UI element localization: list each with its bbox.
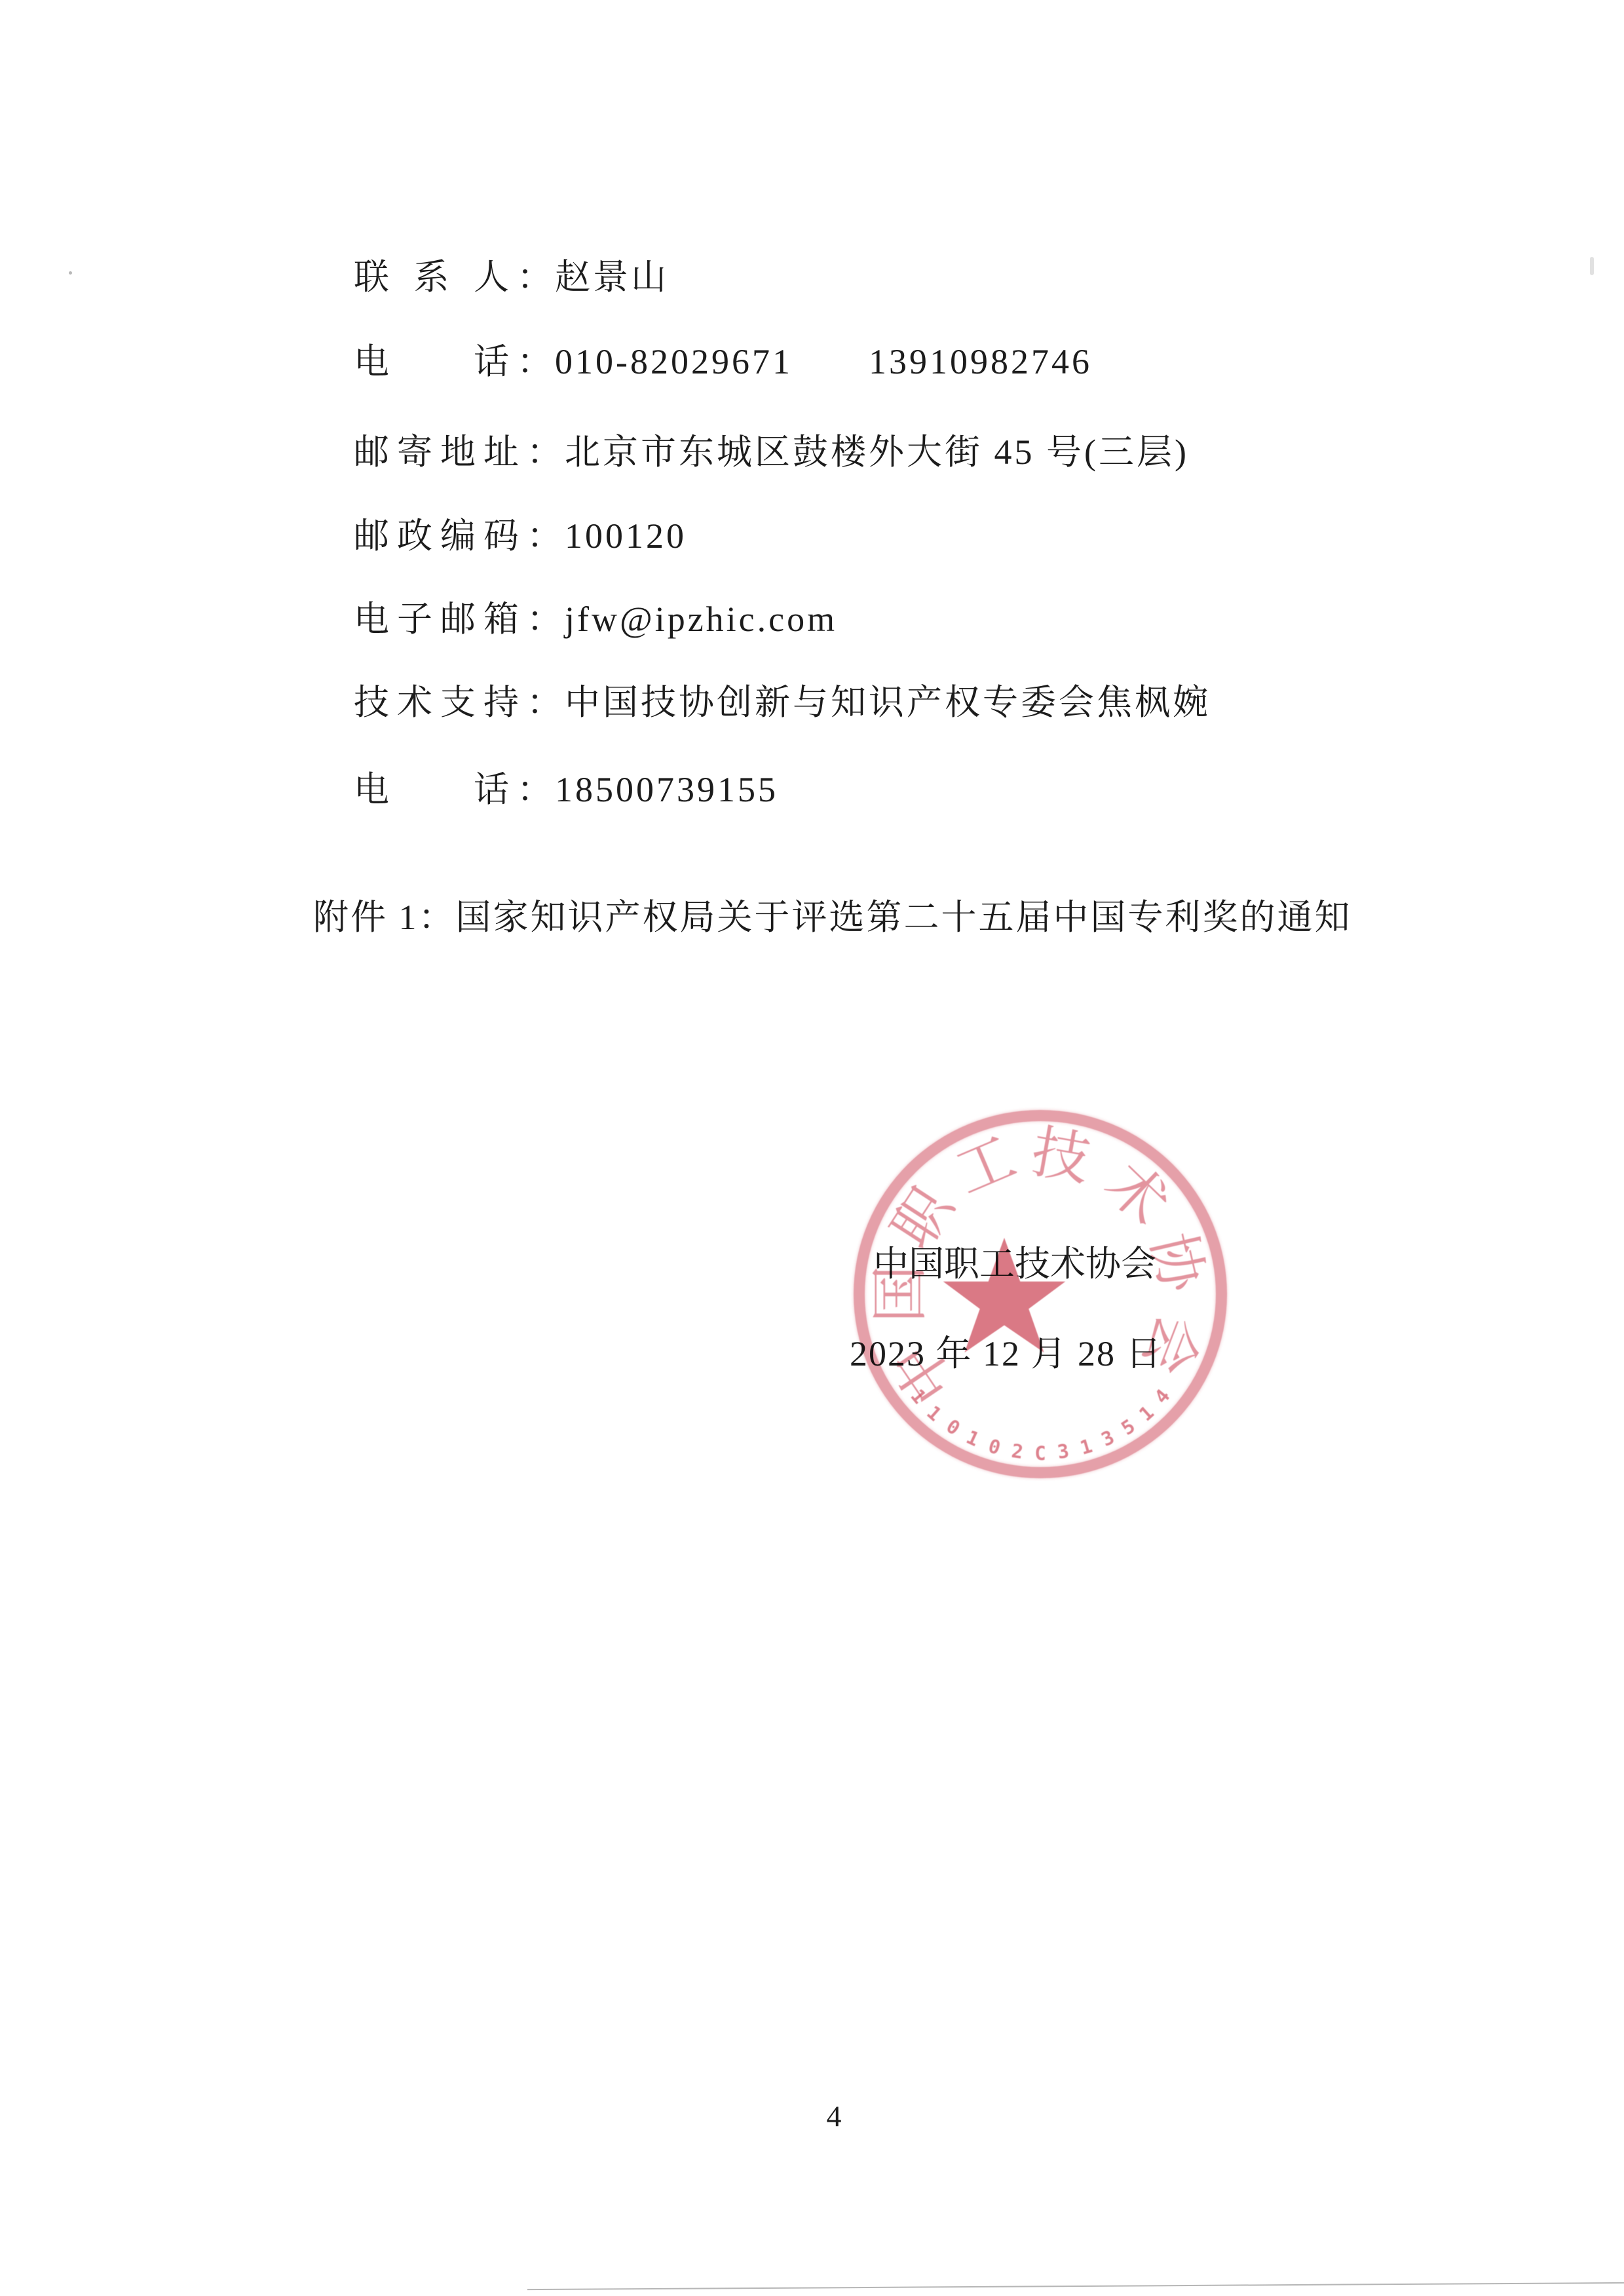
scan-dot-artifact [69, 271, 72, 275]
seal-serial-char: 4 [1146, 1381, 1178, 1412]
email-value: jfw@ipzhic.com [565, 600, 837, 639]
colon: ： [527, 432, 565, 472]
scanned-document-page: { "document": { "colon": "：", "contact_l… [0, 0, 1624, 2296]
tech-support-label: 技术支持 [354, 683, 527, 722]
seal-serial-char: 1 [918, 1398, 950, 1429]
seal-serial-char: 1 [958, 1423, 987, 1453]
phone-line-2: 电 话：18500739155 [331, 729, 778, 810]
colon: ： [517, 258, 555, 297]
attachment-line: 附件 1：国家知识产权局关于评选第二十五届中国专利奖的通知 [313, 897, 1352, 938]
mailing-address-value: 北京市东城区鼓楼外大街 45 号(三层) [565, 432, 1189, 472]
seal-serial-char: 3 [1093, 1423, 1122, 1453]
email-line: 电子邮箱：jfw@ipzhic.com [331, 558, 837, 640]
email-label: 电子邮箱 [354, 600, 527, 639]
postal-code-value: 100120 [565, 516, 687, 556]
tech-support-value: 中国技协创新与知识产权专委会焦枫婉 [565, 683, 1211, 722]
colon: ： [517, 770, 555, 809]
contact-person-label: 联 系 人 [354, 258, 517, 297]
seal-serial-char: 3 [1051, 1439, 1076, 1464]
seal-ring-char: 工 [947, 1128, 1025, 1205]
signature-date: 2023 年 12 月 28 日 [850, 1326, 1163, 1376]
seal-serial-char: 0 [937, 1411, 968, 1442]
postal-code-line: 邮政编码：100120 [331, 475, 687, 556]
postal-code-label: 邮政编码 [354, 516, 527, 556]
phone2-value: 18500739155 [555, 770, 778, 809]
seal-serial-char: 0 [981, 1433, 1008, 1461]
signature-organization: 中国职工技术协会 [873, 1236, 1156, 1286]
page-number: 4 [814, 2099, 854, 2133]
contact-person-value: 赵景山 [555, 258, 669, 297]
tech-support-line: 技术支持：中国技协创新与知识产权专委会焦枫婉 [331, 641, 1211, 723]
seal-ring [854, 1110, 1227, 1478]
contact-person-line: 联 系 人：赵景山 [331, 216, 669, 297]
phone2-label: 电 话 [354, 770, 517, 809]
seal-serial-char: 5 [1112, 1411, 1143, 1442]
colon: ： [527, 516, 565, 556]
phone-numbers: 010-82029671 13910982746 [555, 342, 1092, 381]
mailing-address-line: 邮寄地址：北京市东城区鼓楼外大街 45 号(三层) [331, 391, 1189, 472]
seal-ring-char: 术 [1095, 1153, 1178, 1236]
seal-serial-char: C [1029, 1442, 1051, 1464]
colon: ： [527, 683, 565, 722]
phone-label: 电 话 [354, 342, 517, 381]
scan-bottom-edge-line [527, 2282, 1624, 2290]
phone-line-1: 电 话：010-82029671 13910982746 [331, 301, 1092, 382]
mailing-address-label: 邮寄地址 [354, 432, 527, 472]
seal-ring-char: 技 [1027, 1123, 1095, 1191]
colon: ： [527, 600, 565, 639]
seal-serial-char: 1 [1131, 1398, 1162, 1429]
seal-serial-char: 2 [1005, 1439, 1030, 1464]
seal-serial-char: 1 [903, 1381, 934, 1412]
seal-serial-char: 1 [1072, 1433, 1100, 1461]
colon: ： [517, 342, 555, 381]
official-seal-stamp: 中 国 职 工 技 术 协 会 1 1 0 1 0 2 C 3 1 3 5 1 … [854, 1110, 1227, 1478]
scan-edge-artifact [1590, 257, 1594, 275]
